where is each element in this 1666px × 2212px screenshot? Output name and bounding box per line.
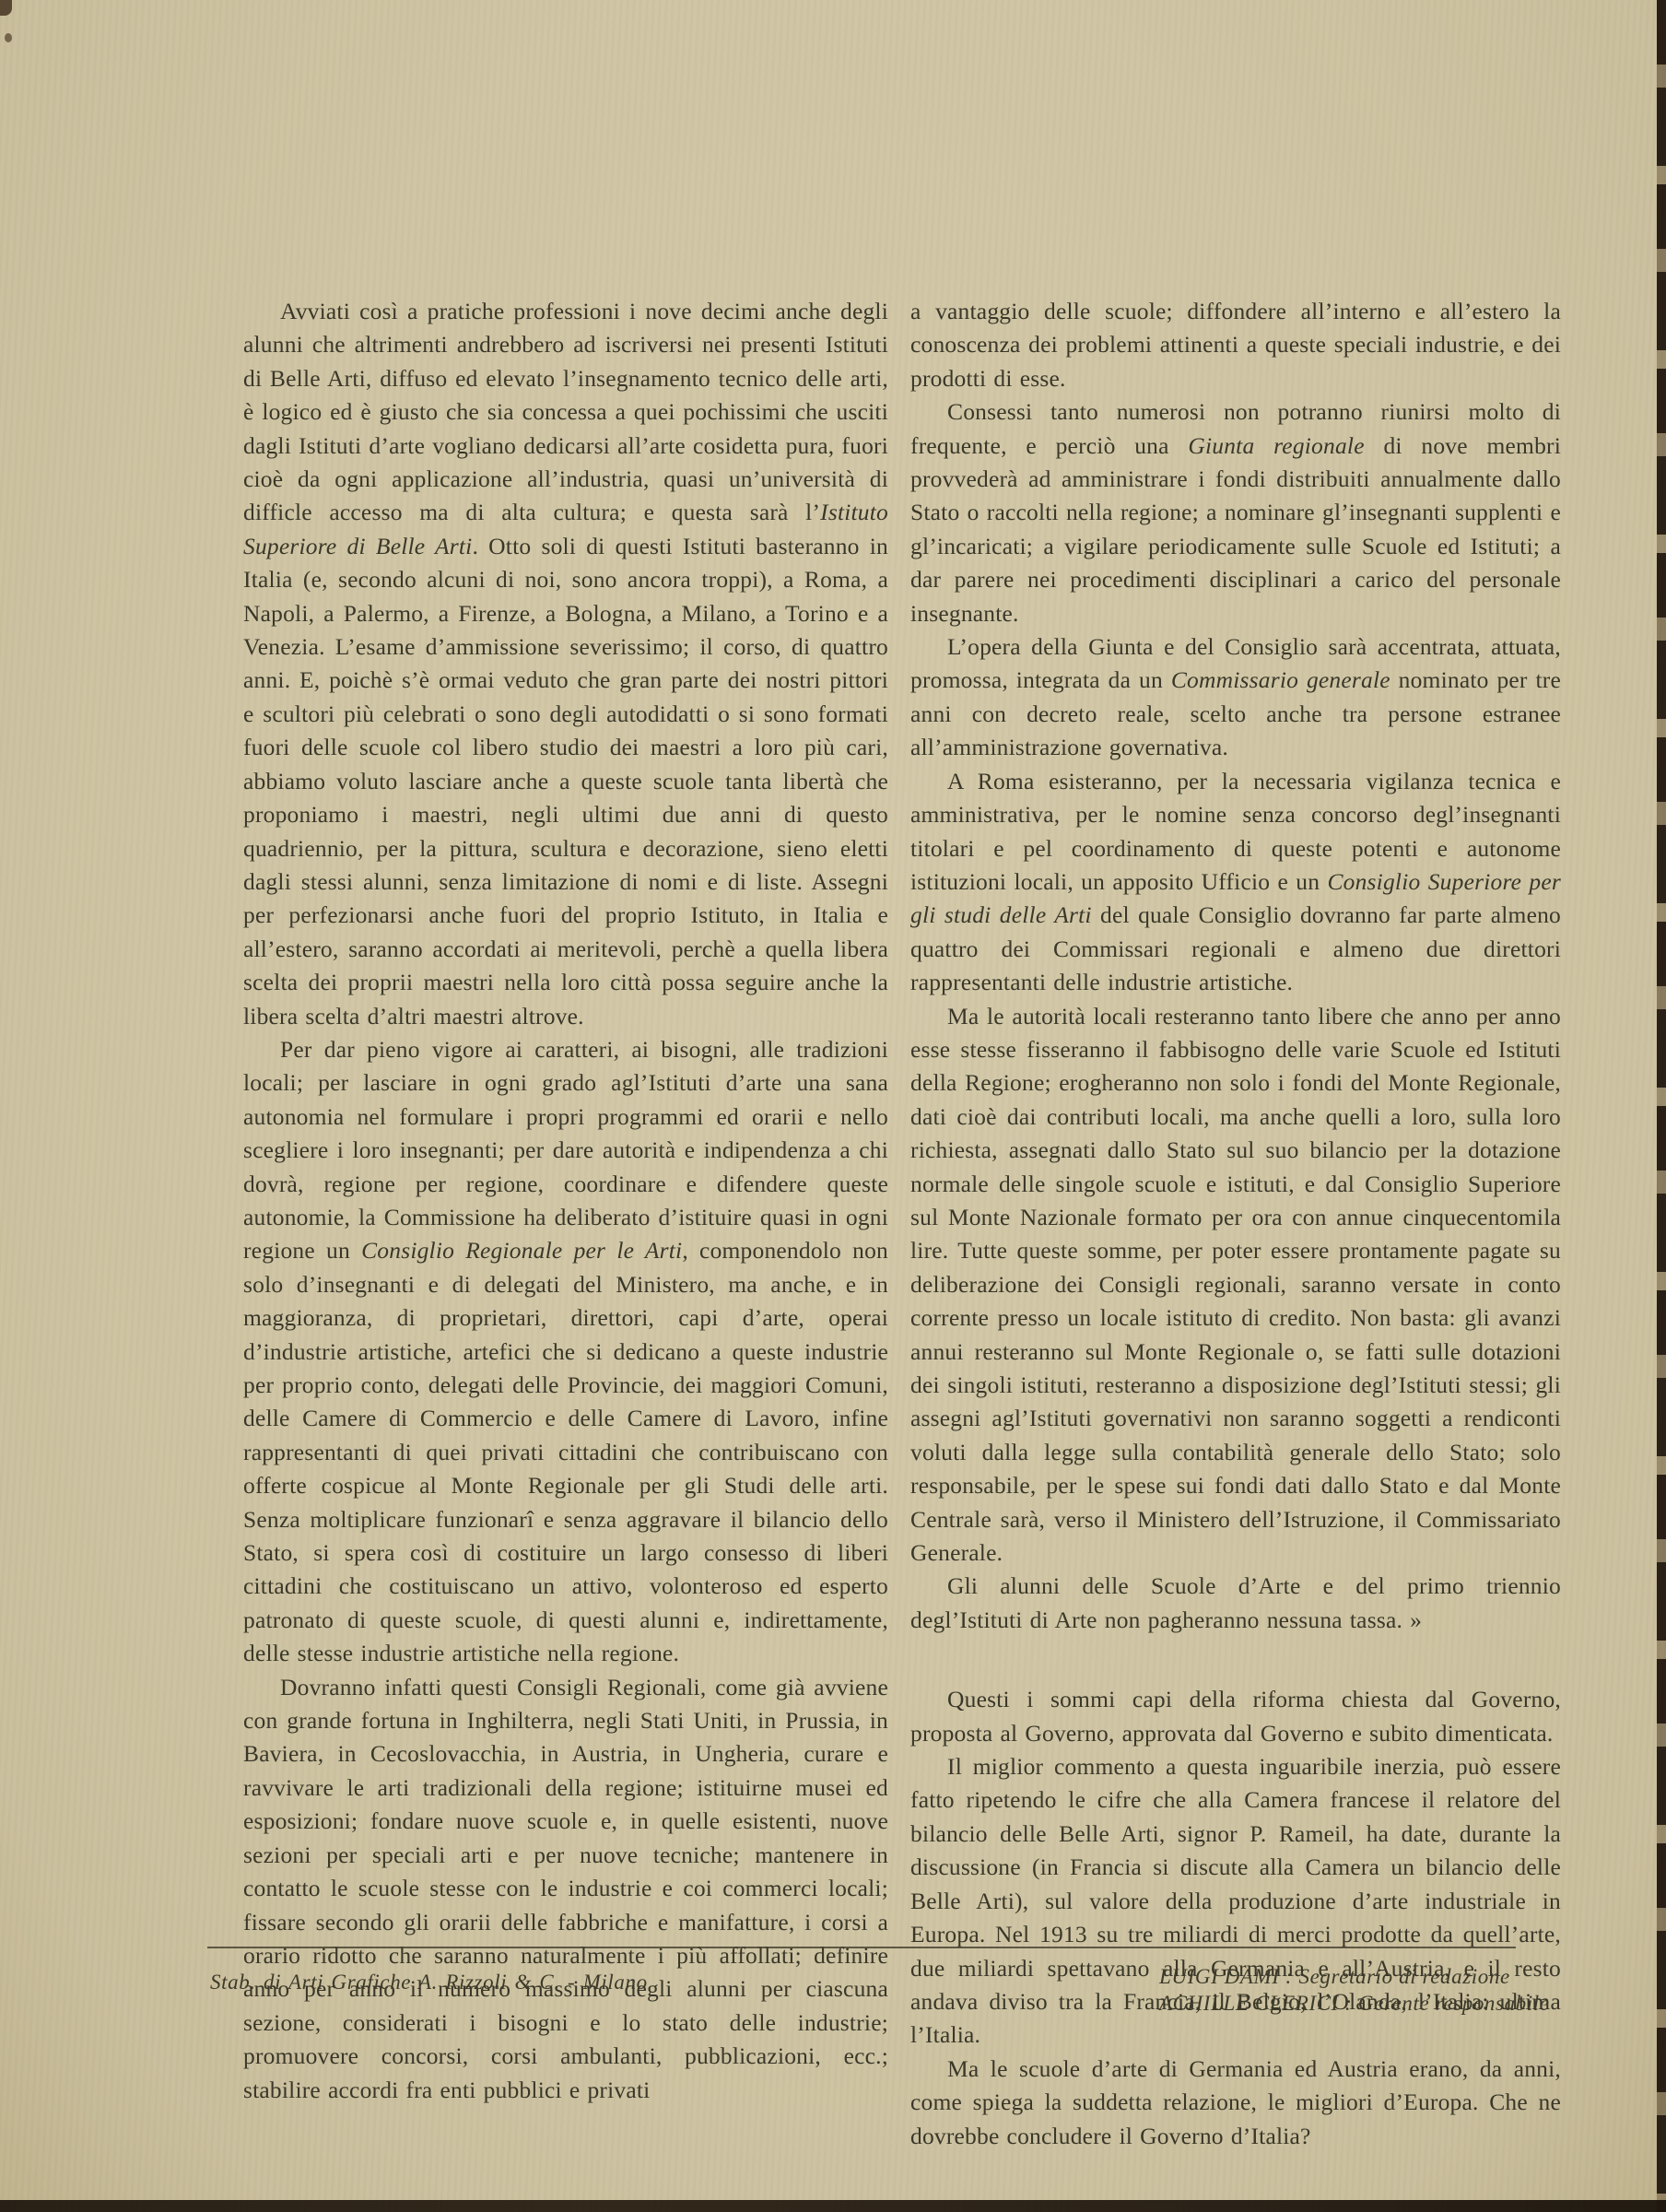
paragraph: Dovranno infatti questi Consigli Regiona… <box>243 1671 888 2107</box>
paragraph: Ma le scuole d’arte di Germania ed Austr… <box>910 2053 1561 2153</box>
italic-run: Giunta regionale <box>1188 432 1364 459</box>
text-run: di nove membri provvederà ad amministrar… <box>910 432 1561 627</box>
footer-divider <box>207 1947 1516 1948</box>
text-run: Gli alunni delle Scuole d’Arte e del pri… <box>910 1572 1561 1632</box>
scan-edge-bottom <box>0 2200 1666 2212</box>
credit-line-secretary: LUIGI DAMI : Segretario di redazione <box>1159 1963 1550 1990</box>
paragraph: Gli alunni delle Scuole d’Arte e del pri… <box>910 1570 1561 1637</box>
text-run: . Otto soli di questi Istituti basterann… <box>243 533 888 1030</box>
text-run: Questi i sommi capi della riforma chiest… <box>910 1686 1561 1746</box>
paragraph: Questi i sommi capi della riforma chiest… <box>910 1683 1561 1750</box>
paragraph: Consessi tanto numerosi non potranno riu… <box>910 395 1561 630</box>
paragraph: A Roma esisteranno, per la necessaria vi… <box>910 765 1561 1000</box>
italic-run: Consiglio Regionale per le Arti <box>361 1237 682 1264</box>
credit-line-manager: ACHILLE CLERICI : Gerente responsabile <box>1159 1990 1550 2017</box>
text-run: Dovranno infatti questi Consigli Regiona… <box>243 1674 888 2103</box>
text-run: , componendolo non solo d’insegnanti e d… <box>243 1237 888 1666</box>
right-column: a vantaggio delle scuole; diffondere all… <box>910 295 1561 2153</box>
italic-run: Commissario generale <box>1171 666 1390 693</box>
paragraph: Per dar pieno vigore ai caratteri, ai bi… <box>243 1033 888 1671</box>
text-run: a vantaggio delle scuole; diffondere all… <box>910 298 1561 392</box>
text-run: Avviati così a pratiche professioni i no… <box>243 298 888 525</box>
scanned-page: Avviati così a pratiche professioni i no… <box>0 0 1666 2212</box>
editorial-credits: LUIGI DAMI : Segretario di redazione ACH… <box>1159 1963 1550 2017</box>
scan-speck-left <box>5 33 12 42</box>
text-run: Ma le scuole d’arte di Germania ed Austr… <box>910 2055 1561 2149</box>
scan-speck-top-left <box>0 0 12 16</box>
paragraph: Avviati così a pratiche professioni i no… <box>243 295 888 1033</box>
text-run: Ma le autorità locali resteranno tanto l… <box>910 1003 1561 1567</box>
printer-imprint: Stab. di Arti Grafiche A. Rizzoli & C. -… <box>210 1971 648 1994</box>
scan-edge-right <box>1657 0 1666 2212</box>
paragraph: L’opera della Giunta e del Consiglio sar… <box>910 630 1561 765</box>
left-column: Avviati così a pratiche professioni i no… <box>243 295 888 2107</box>
paragraph: Ma le autorità locali resteranno tanto l… <box>910 1000 1561 1571</box>
paragraph: a vantaggio delle scuole; diffondere all… <box>910 295 1561 395</box>
text-run: Per dar pieno vigore ai caratteri, ai bi… <box>243 1036 888 1264</box>
